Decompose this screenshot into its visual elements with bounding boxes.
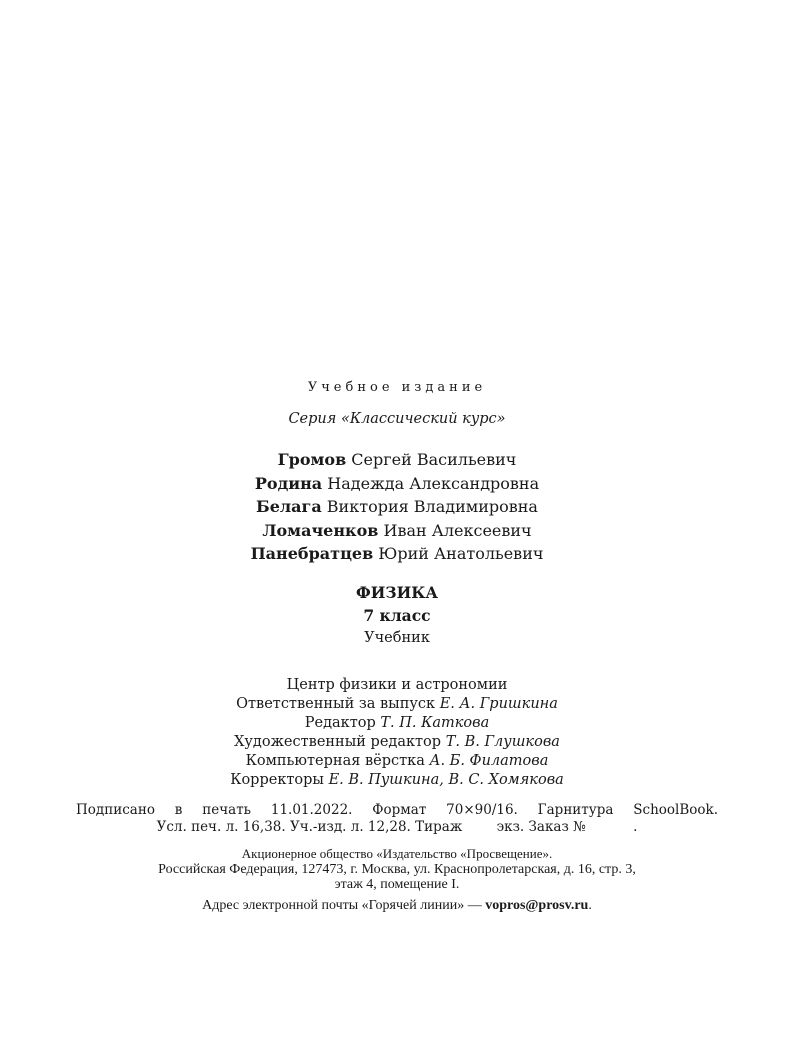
print-signed-line: Подписано в печать 11.01.2022. Формат 70… — [76, 802, 718, 819]
imprint-page: Учебное издание Серия «Классический курс… — [0, 0, 794, 1042]
author-given-names: Юрий Анатольевич — [378, 544, 543, 563]
author: Ломаченков Иван Алексеевич — [0, 519, 794, 543]
author: Панебратцев Юрий Анатольевич — [0, 542, 794, 566]
credits-block: Центр физики и астрономии Ответственный … — [0, 676, 794, 790]
credit-role: Художественный редактор — [234, 734, 441, 750]
publishing-center: Центр физики и астрономии — [0, 676, 794, 695]
credit-role: Редактор — [305, 715, 376, 731]
hotline-label: Адрес электронной почты «Горячей линии» … — [202, 898, 485, 913]
credit-role: Корректоры — [230, 772, 324, 788]
author: Громов Сергей Васильевич — [0, 448, 794, 472]
credit-line: Корректоры Е. В. Пушкина, В. С. Хомякова — [0, 771, 794, 790]
book-grade: 7 класс — [0, 606, 794, 625]
author: Родина Надежда Александровна — [0, 472, 794, 496]
author-given-names: Надежда Александровна — [327, 474, 539, 493]
credit-line: Художественный редактор Т. В. Глушкова — [0, 733, 794, 752]
credit-line: Ответственный за выпуск Е. А. Гришкина — [0, 695, 794, 714]
credit-line: Компьютерная вёрстка А. Б. Филатова — [0, 752, 794, 771]
author: Белага Виктория Владимировна — [0, 495, 794, 519]
edition-type: Учебное издание — [0, 380, 794, 395]
hotline-email: vopros@prosv.ru — [485, 898, 588, 913]
author-given-names: Виктория Владимировна — [327, 497, 538, 516]
author-surname: Белага — [256, 497, 322, 516]
credit-name: А. Б. Филатова — [429, 753, 548, 769]
credit-name: Е. В. Пушкина, В. С. Хомякова — [329, 772, 564, 788]
author-surname: Родина — [255, 474, 322, 493]
credit-name: Т. П. Каткова — [380, 715, 489, 731]
author-surname: Громов — [278, 450, 347, 469]
print-volume-line: Усл. печ. л. 16,38. Уч.-изд. л. 12,28. Т… — [0, 819, 794, 836]
publisher-name: Акционерное общество «Издательство «Прос… — [0, 846, 794, 862]
hotline-suffix: . — [588, 898, 592, 913]
credit-role: Компьютерная вёрстка — [246, 753, 425, 769]
author-given-names: Иван Алексеевич — [383, 521, 531, 540]
book-type: Учебник — [0, 630, 794, 646]
authors-list: Громов Сергей Васильевич Родина Надежда … — [0, 448, 794, 566]
credit-name: Е. А. Гришкина — [440, 696, 558, 712]
book-title: ФИЗИКА — [0, 583, 794, 602]
publisher-block: Акционерное общество «Издательство «Прос… — [0, 846, 794, 893]
publisher-address-line-2: этаж 4, помещение I. — [0, 877, 794, 893]
series-title: Серия «Классический курс» — [0, 411, 794, 427]
hotline-email-line: Адрес электронной почты «Горячей линии» … — [0, 898, 794, 914]
publisher-address-line-1: Российская Федерация, 127473, г. Москва,… — [0, 862, 794, 878]
credit-line: Редактор Т. П. Каткова — [0, 714, 794, 733]
credit-name: Т. В. Глушкова — [446, 734, 560, 750]
credit-role: Ответственный за выпуск — [236, 696, 435, 712]
author-surname: Панебратцев — [251, 544, 374, 563]
author-surname: Ломаченков — [262, 521, 378, 540]
author-given-names: Сергей Васильевич — [351, 450, 516, 469]
